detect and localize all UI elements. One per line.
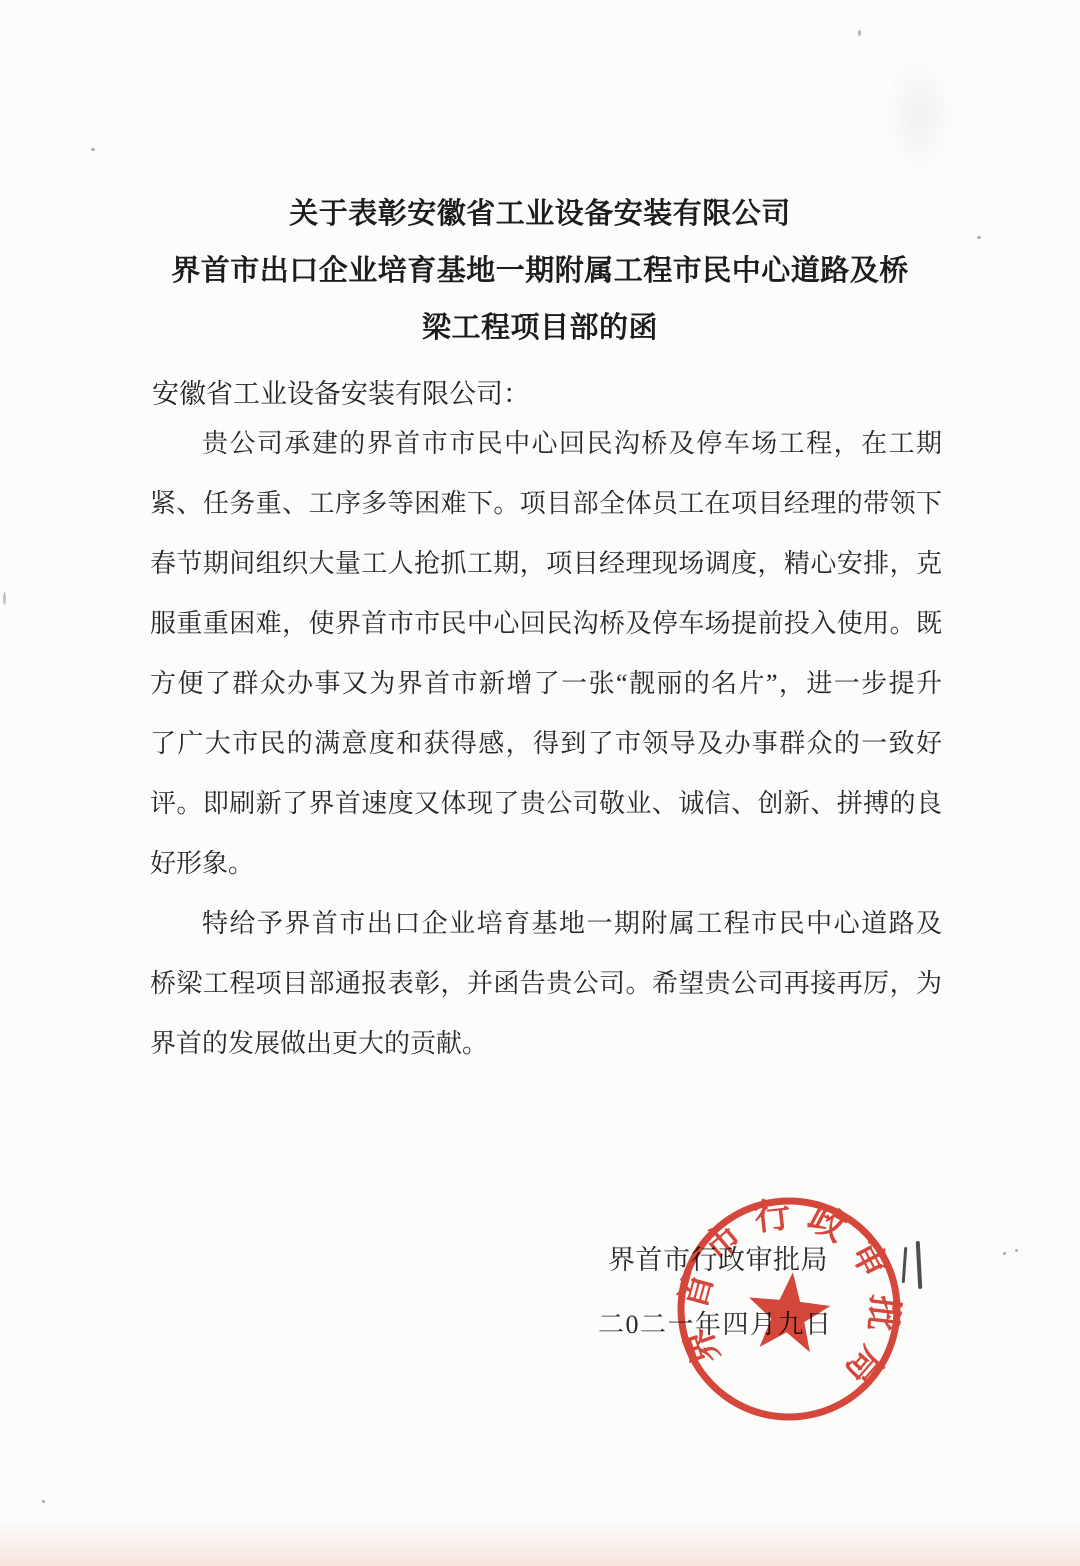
paragraph-1-line: 了广大市民的满意度和获得感，得到了市领导及办事群众的一致好 (150, 714, 942, 774)
scan-speck (1003, 1252, 1006, 1255)
paragraph-2-line: 界首的发展做出更大的贡献。 (150, 1014, 942, 1074)
scan-speck (91, 148, 95, 151)
scan-blotch (884, 55, 954, 175)
paragraph-1-line: 贵公司承建的界首市市民中心回民沟桥及停车场工程，在工期 (150, 414, 942, 474)
scan-speck (1015, 1249, 1018, 1252)
salutation: 安徽省工业设备安装有限公司： (152, 372, 530, 411)
paragraph-1-line: 紧、任务重、工序多等困难下。项目部全体员工在项目经理的带领下 (150, 474, 942, 534)
letter-body: 贵公司承建的界首市市民中心回民沟桥及停车场工程，在工期 紧、任务重、工序多等困难… (150, 414, 942, 1074)
paragraph-1-line: 好形象。 (150, 834, 942, 894)
paragraph-2-line: 桥梁工程项目部通报表彰，并函告贵公司。希望贵公司再接再厉，为 (150, 954, 942, 1014)
document-title: 关于表彰安徽省工业设备安装有限公司 界首市出口企业培育基地一期附属工程市民中心道… (0, 186, 1080, 357)
official-seal-stamp: 界首市行政审批局 (663, 1183, 916, 1436)
scan-speck (977, 236, 981, 239)
paragraph-2-line: 特给予界首市出口企业培育基地一期附属工程市民中心道路及 (150, 894, 942, 954)
title-line-2: 界首市出口企业培育基地一期附属工程市民中心道路及桥 (0, 243, 1080, 300)
scan-speck (858, 30, 861, 36)
title-line-3: 梁工程项目部的函 (0, 300, 1080, 357)
scan-speck (3, 592, 6, 605)
paragraph-1-line: 服重重困难，使界首市市民中心回民沟桥及停车场提前投入使用。既 (150, 594, 942, 654)
paragraph-1-line: 评。即刷新了界首速度又体现了贵公司敬业、诚信、创新、拼搏的良 (150, 774, 942, 834)
paragraph-1-line: 春节期间组织大量工人抢抓工期，项目经理现场调度，精心安排，克 (150, 534, 942, 594)
scanned-letter-page: 关于表彰安徽省工业设备安装有限公司 界首市出口企业培育基地一期附属工程市民中心道… (0, 0, 1080, 1566)
scan-speck (42, 1500, 45, 1503)
star-icon (744, 1268, 833, 1354)
title-line-1: 关于表彰安徽省工业设备安装有限公司 (0, 186, 1080, 243)
pen-mark (916, 1241, 923, 1289)
paragraph-1-line: 方便了群众办事又为界首市新增了一张“靓丽的名片”，进一步提升 (150, 654, 942, 714)
